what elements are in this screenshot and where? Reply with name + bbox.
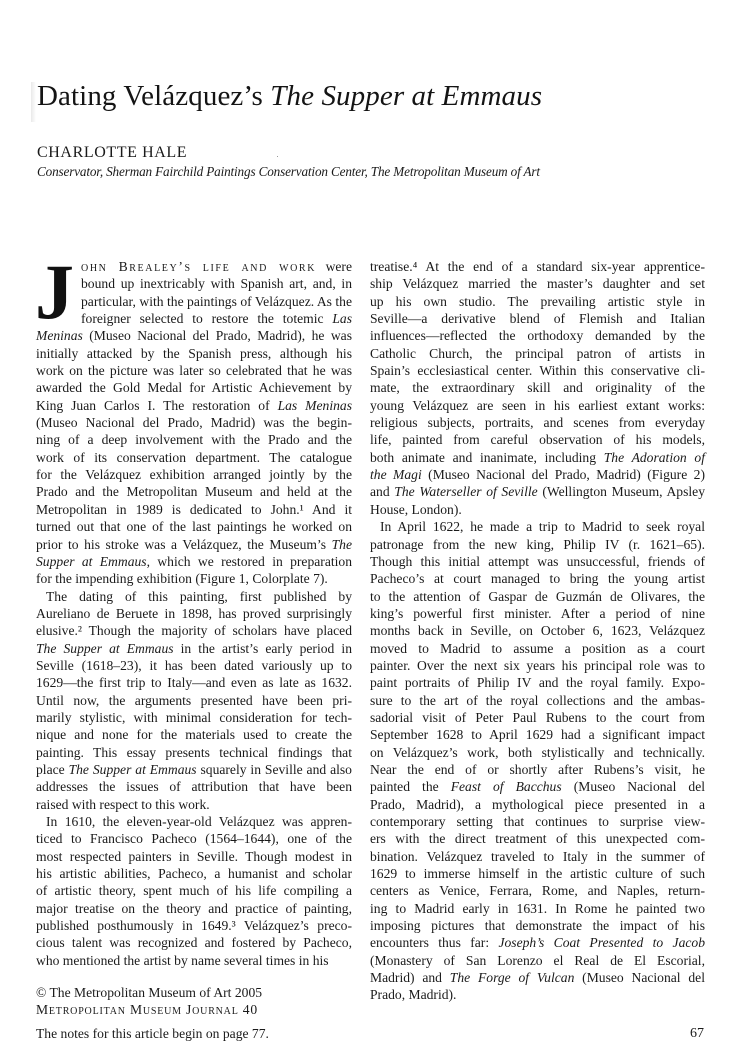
text-line: moved to Madrid to assume a position as … — [370, 640, 705, 657]
text-line: marily stylistic, with minimal considera… — [36, 709, 352, 726]
italic-title: Las — [332, 311, 352, 326]
text-line: nique and none for the materials used to… — [36, 726, 352, 743]
text-line: (Monastery of San Lorenzo el Real de El … — [370, 952, 705, 969]
text-line: Pacheco’s at court managed to bring the … — [370, 570, 705, 587]
text-line: up his own studio. The prevailing artist… — [370, 293, 705, 310]
text-line: Prado, Madrid), a mythological piece pre… — [370, 796, 705, 813]
text-line: King Juan Carlos I. The restoration of L… — [36, 397, 352, 414]
text-line: sure to the art of the royal collections… — [370, 692, 705, 709]
text-line: place The Supper at Emmaus squarely in S… — [36, 761, 352, 778]
text-line: and The Waterseller of Seville (Wellingt… — [370, 483, 705, 500]
text-line: for the impending exhibition (Figure 1, … — [36, 570, 352, 587]
text-line: Metropolitan in 1989 is dedicated to Joh… — [36, 501, 352, 518]
text-line: 1629 to immerse himself in the artistic … — [370, 865, 705, 882]
text-line: ohn Brealey’s life and work were — [36, 258, 352, 275]
notes-reference: The notes for this article begin on page… — [36, 1026, 269, 1042]
text-line: the Magi (Museo Nacional del Prado, Madr… — [370, 466, 705, 483]
text-line: mate, the extraordinary skill and origin… — [370, 379, 705, 396]
author-name: CHARLOTTE HALE — [37, 144, 187, 162]
lead-in-small-caps: ohn Brealey’s life and work — [81, 259, 316, 274]
text-line: initially attacked by the Spanish press,… — [36, 345, 352, 362]
text-line: 1629—the first trip to Italy—and even as… — [36, 674, 352, 691]
author-affiliation: Conservator, Sherman Fairchild Paintings… — [37, 164, 540, 180]
text-line: raised with respect to this work. — [36, 796, 352, 813]
text-line: particular, with the paintings of Velázq… — [36, 293, 352, 310]
text-line: published posthumously in 1649.³ Velázqu… — [36, 917, 352, 934]
text-line: Prado, Madrid). — [370, 986, 705, 1003]
text-line: ers with the direct treatment of this un… — [370, 830, 705, 847]
text-line: major treatise on the theory and practic… — [36, 900, 352, 917]
text-line: painting. This essay presents technical … — [36, 744, 352, 761]
text-line: foreigner selected to restore the totemi… — [36, 310, 352, 327]
italic-title: The Adoration of — [604, 450, 705, 465]
text-line: paint portraits of Philip IV and the roy… — [370, 674, 705, 691]
text-line: patronage from the new king, Philip IV (… — [370, 536, 705, 553]
italic-title: Las Meninas — [278, 398, 352, 413]
text-line: to the attention of Gaspar de Guzmán de … — [370, 588, 705, 605]
text-line: religious subjects, portraits, and scene… — [370, 414, 705, 431]
text-line: The Supper at Emmaus in the artist’s ear… — [36, 640, 352, 657]
italic-title: The Supper at Emmaus — [69, 762, 197, 777]
text-line: king’s powerful first minister. After a … — [370, 605, 705, 622]
right-column: treatise.⁴ At the end of a standard six-… — [370, 258, 705, 1004]
text-line: ning of a deep involvement with the Prad… — [36, 431, 352, 448]
text-line: centers as Venice, Ferrara, Rome, and Na… — [370, 882, 705, 899]
italic-title: Supper at Emmaus — [36, 554, 147, 569]
italic-title: The — [332, 537, 352, 552]
text-line: influences—reflected the orthodoxy deman… — [370, 327, 705, 344]
text-line: In April 1622, he made a trip to Madrid … — [370, 518, 705, 535]
italic-title: Feast of Bacchus — [451, 779, 562, 794]
text-line: September 1628 to April 1629 had a signi… — [370, 726, 705, 743]
text-line: of artistic theory, spent much of his li… — [36, 882, 352, 899]
text-line: prior to his stroke was a Velázquez, the… — [36, 536, 352, 553]
text-line: Until now, the arguments presented have … — [36, 692, 352, 709]
text-line: addresses the issues of attribution that… — [36, 778, 352, 795]
copyright-notice: © The Metropolitan Museum of Art 2005 — [36, 985, 262, 1001]
italic-title: Meninas — [36, 328, 83, 343]
text-line: Supper at Emmaus, which we restored in p… — [36, 553, 352, 570]
text-line: Near the end of or shortly after Rubens’… — [370, 761, 705, 778]
text-line: ticed to Francisco Pacheco (1564–1644), … — [36, 830, 352, 847]
title-italic: The Supper at Emmaus — [270, 80, 542, 112]
text-line: imposing pictures that demonstrate the i… — [370, 917, 705, 934]
text-line: work of its conservation department. The… — [36, 449, 352, 466]
italic-title: The Waterseller of Seville — [394, 484, 537, 499]
text-line: work on the picture was later so celebra… — [36, 362, 352, 379]
text-line: elusive.² Though the majority of scholar… — [36, 622, 352, 639]
text-line: painter. Over the next six years his pri… — [370, 657, 705, 674]
text-line: turned out that one of the last painting… — [36, 518, 352, 535]
italic-title: The Forge of Vulcan — [450, 970, 575, 985]
text-line: on Velázquez’s work, both stylistically … — [370, 744, 705, 761]
text-line: ship Velázquez married the master’s daug… — [370, 275, 705, 292]
text-line: treatise.⁴ At the end of a standard six-… — [370, 258, 705, 275]
text-line: Meninas (Museo Nacional del Prado, Madri… — [36, 327, 352, 344]
left-column: J ohn Brealey’s life and work werebound … — [36, 258, 352, 969]
article-title: Dating Velázquez’s The Supper at Emmaus — [37, 80, 542, 113]
text-line: ing to Madrid early in 1631. In Rome he … — [370, 900, 705, 917]
page-number: 67 — [690, 1026, 704, 1042]
text-line: encounters thus far: Joseph’s Coat Prese… — [370, 934, 705, 951]
text-line: (Museo Nacional del Prado, Madrid) was t… — [36, 414, 352, 431]
text-line: In 1610, the eleven-year-old Velázquez w… — [36, 813, 352, 830]
drop-cap: J — [35, 261, 74, 325]
text-line: who mentioned the artist by name several… — [36, 952, 352, 969]
text-line: Spain’s ecclesiastical center. Within th… — [370, 362, 705, 379]
text-line: Prado and the Metropolitan Museum and he… — [36, 483, 352, 500]
text-line: for the Velázquez exhibition arranged jo… — [36, 466, 352, 483]
text-line: House, London). — [370, 501, 705, 518]
text-line: most respected painters in Seville. Thou… — [36, 848, 352, 865]
scan-speck — [277, 156, 278, 157]
title-roman: Dating Velázquez’s — [37, 80, 270, 112]
text-line: young Velázquez are seen in his earliest… — [370, 397, 705, 414]
text-line: Catholic Church, the principal patron of… — [370, 345, 705, 362]
text-line: Seville (1618–23), it has been dated var… — [36, 657, 352, 674]
text-line: Seville—a derivative blend of Flemish an… — [370, 310, 705, 327]
text-line: life, painted from careful observation o… — [370, 431, 705, 448]
text-line: cious talent was recognized and fostered… — [36, 934, 352, 951]
text-line: his artistic abilities, Pacheco, a human… — [36, 865, 352, 882]
text-line: Aureliano de Beruete in 1898, has proved… — [36, 605, 352, 622]
text-line: awarded the Gold Medal for Artistic Achi… — [36, 379, 352, 396]
italic-title: the Magi — [370, 467, 422, 482]
text-line: months back in Seville, on October 6, 16… — [370, 622, 705, 639]
text-line: Though this initial attempt was unsucces… — [370, 553, 705, 570]
italic-title: The Supper at Emmaus — [36, 641, 174, 656]
text-line: The dating of this painting, first publi… — [36, 588, 352, 605]
text-line: painted the Feast of Bacchus (Museo Naci… — [370, 778, 705, 795]
text-line: bound up inextricably with Spanish art, … — [36, 275, 352, 292]
text-line: bination. Velázquez traveled to Italy in… — [370, 848, 705, 865]
text-line: sadorial visit of Peter Paul Rubens to t… — [370, 709, 705, 726]
text-line: both animate and inanimate, including Th… — [370, 449, 705, 466]
italic-title: Joseph’s Coat Presented to Jacob — [498, 935, 705, 950]
text-line: Madrid) and The Forge of Vulcan (Museo N… — [370, 969, 705, 986]
journal-name: Metropolitan Museum Journal 40 — [36, 1002, 258, 1018]
text-line: contemporary setting that continues to s… — [370, 813, 705, 830]
